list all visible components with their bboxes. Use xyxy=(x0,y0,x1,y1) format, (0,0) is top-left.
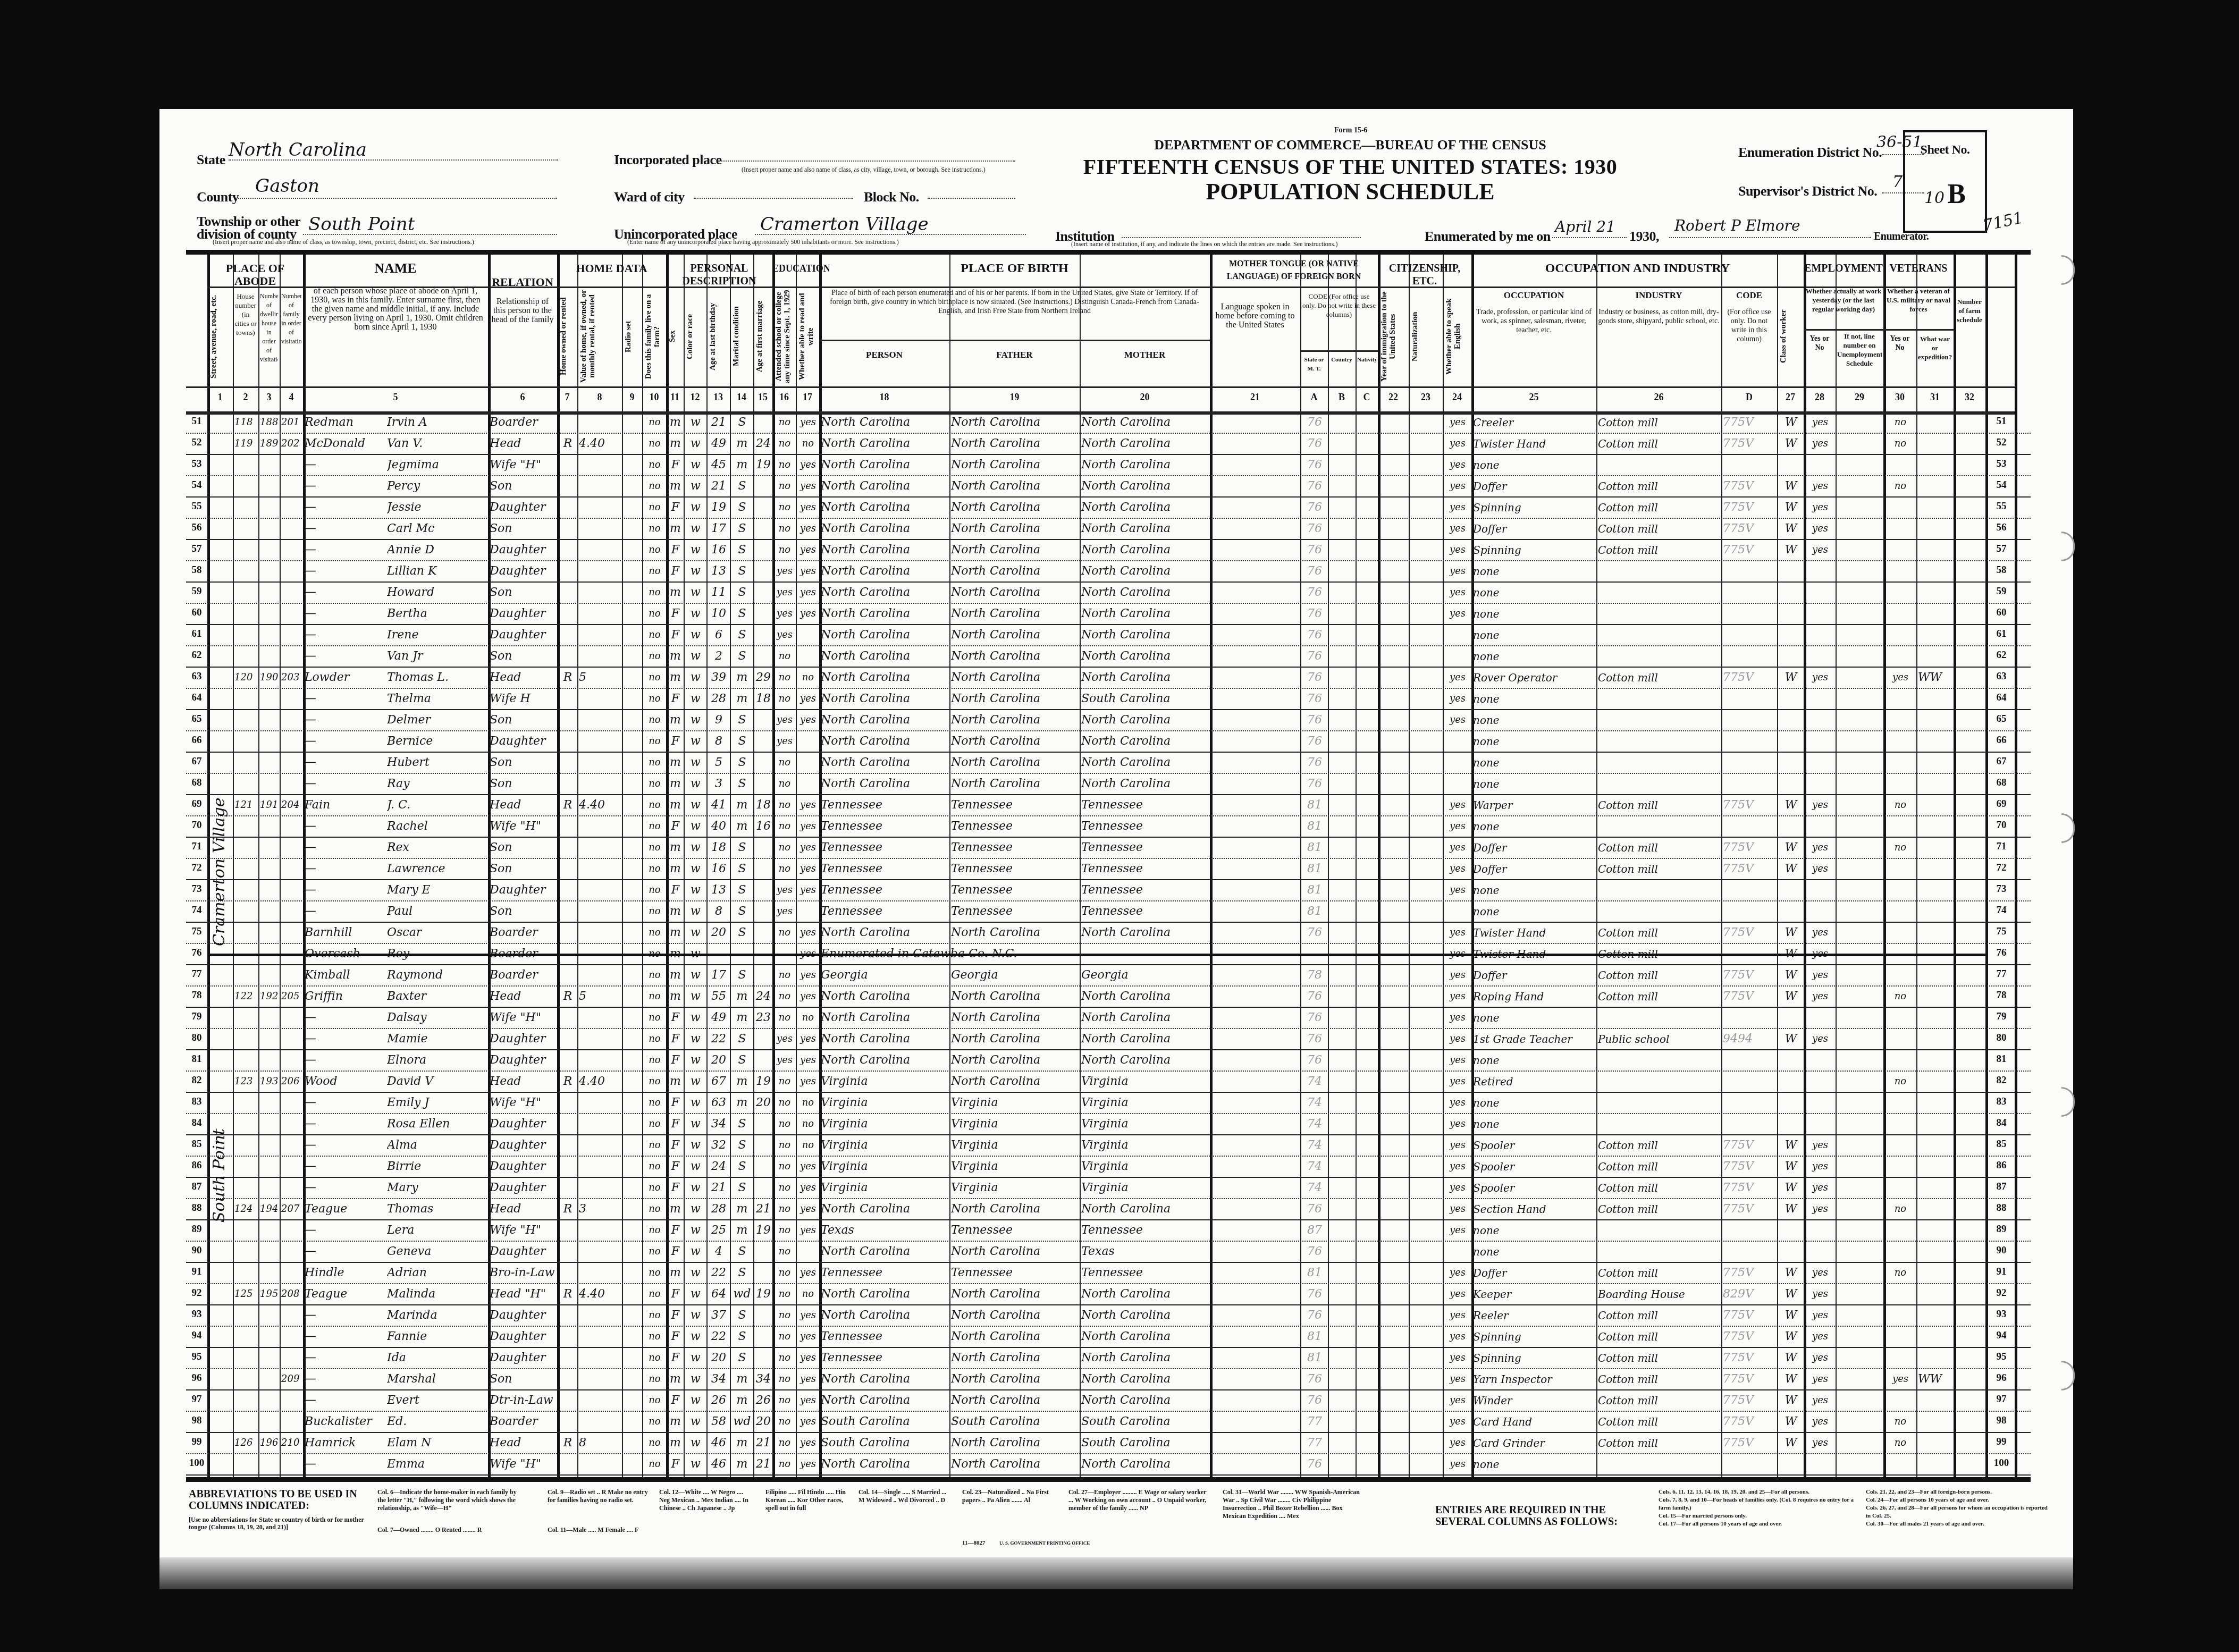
table-row[interactable]: 9595—IdaDaughternoFw20SnoyesTennesseeNor… xyxy=(186,1347,2031,1369)
cell-farm[interactable]: no xyxy=(644,647,666,665)
cell-birth[interactable]: North Carolina xyxy=(821,605,949,623)
cell-age[interactable]: 16 xyxy=(708,541,729,559)
cell-class[interactable]: W xyxy=(1779,796,1803,814)
cell-industry[interactable] xyxy=(1598,626,1721,644)
cell-surname[interactable]: — xyxy=(305,817,382,836)
cell-family[interactable] xyxy=(281,584,302,602)
cell-marital[interactable]: S xyxy=(731,1328,753,1346)
cell-farm[interactable]: no xyxy=(644,881,666,899)
cell-surname[interactable]: Kimball xyxy=(305,966,382,984)
table-row[interactable]: 5353—JegmimaWife "H"noFw45m19noyesNorth … xyxy=(186,454,2031,476)
cell-relation[interactable]: Son xyxy=(490,711,557,729)
cell-house[interactable] xyxy=(234,626,258,644)
cell-vet[interactable] xyxy=(1885,520,1916,538)
cell-at_work[interactable]: yes xyxy=(1805,1434,1835,1452)
cell-surname[interactable]: — xyxy=(305,1392,382,1410)
cell-surname[interactable]: Hamrick xyxy=(305,1434,382,1452)
cell-given[interactable]: Evert xyxy=(387,1392,486,1410)
cell-family[interactable]: 206 xyxy=(281,1073,302,1091)
cell-age[interactable]: 20 xyxy=(708,924,729,942)
cell-birth[interactable]: North Carolina xyxy=(821,456,949,474)
cell-school[interactable]: no xyxy=(774,1349,795,1367)
cell-dwelling[interactable] xyxy=(260,562,279,580)
cell-birth[interactable]: Tennessee xyxy=(821,1264,949,1282)
cell-birth[interactable]: North Carolina xyxy=(821,1051,949,1069)
cell-school[interactable]: yes xyxy=(774,881,795,899)
cell-given[interactable]: Ray xyxy=(387,775,486,793)
cell-age_marr[interactable] xyxy=(755,1307,772,1325)
cell-class[interactable] xyxy=(1779,754,1803,772)
cell-dwelling[interactable] xyxy=(260,966,279,984)
cell-vet[interactable] xyxy=(1885,584,1916,602)
cell-age_marr[interactable] xyxy=(755,520,772,538)
cell-birth[interactable]: Georgia xyxy=(821,966,949,984)
cell-class[interactable]: W xyxy=(1779,1200,1803,1218)
cell-at_work[interactable] xyxy=(1805,817,1835,836)
cell-father[interactable]: North Carolina xyxy=(951,1051,1079,1069)
cell-farm[interactable]: no xyxy=(644,1115,666,1133)
table-row[interactable]: 5959—HowardSonnomw11SyesyesNorth Carolin… xyxy=(186,581,2031,604)
cell-marital[interactable]: m xyxy=(731,817,753,836)
cell-dwelling[interactable] xyxy=(260,1158,279,1176)
cell-english[interactable] xyxy=(1444,647,1471,665)
cell-occupation[interactable]: Card Hand xyxy=(1473,1413,1596,1431)
cell-value[interactable]: 4.40 xyxy=(579,1073,621,1091)
cell-mother[interactable]: Tennessee xyxy=(1081,1264,1209,1282)
cell-relation[interactable]: Dtr-in-Law xyxy=(490,1392,557,1410)
cell-vet[interactable]: no xyxy=(1885,1264,1916,1282)
cell-occupation[interactable]: Spooler xyxy=(1473,1136,1596,1154)
cell-owned[interactable] xyxy=(559,414,577,432)
cell-occupation[interactable]: none xyxy=(1473,881,1596,899)
cell-relation[interactable]: Son xyxy=(490,860,557,878)
cell-occupation[interactable]: Spinning xyxy=(1473,541,1596,559)
cell-vet[interactable] xyxy=(1885,1221,1916,1240)
cell-vet[interactable]: no xyxy=(1885,477,1916,495)
cell-age_marr[interactable] xyxy=(755,1030,772,1048)
cell-war[interactable] xyxy=(1918,817,1953,836)
cell-marital[interactable]: m xyxy=(731,1094,753,1112)
cell-at_work[interactable]: yes xyxy=(1805,1264,1835,1282)
cell-vet[interactable] xyxy=(1885,626,1916,644)
cell-industry[interactable] xyxy=(1598,732,1721,751)
cell-class[interactable]: W xyxy=(1779,1328,1803,1346)
cell-farm[interactable]: no xyxy=(644,1328,666,1346)
cell-english[interactable]: yes xyxy=(1444,1264,1471,1282)
cell-owned[interactable] xyxy=(559,1328,577,1346)
cell-family[interactable] xyxy=(281,499,302,517)
cell-school[interactable]: no xyxy=(774,1179,795,1197)
cell-value[interactable] xyxy=(579,881,621,899)
cell-age[interactable]: 16 xyxy=(708,860,729,878)
cell-code_a[interactable]: 76 xyxy=(1302,690,1327,708)
cell-father[interactable]: North Carolina xyxy=(951,988,1079,1006)
cell-code_d[interactable] xyxy=(1723,881,1777,899)
state-value[interactable]: North Carolina xyxy=(229,139,367,161)
cell-occupation[interactable]: none xyxy=(1473,1094,1596,1112)
cell-mother[interactable]: North Carolina xyxy=(1081,732,1209,751)
cell-class[interactable]: W xyxy=(1779,1030,1803,1048)
cell-owned[interactable] xyxy=(559,881,577,899)
cell-family[interactable] xyxy=(281,817,302,836)
cell-value[interactable] xyxy=(579,456,621,474)
cell-war[interactable] xyxy=(1918,1179,1953,1197)
cell-class[interactable] xyxy=(1779,605,1803,623)
cell-occupation[interactable]: Keeper xyxy=(1473,1285,1596,1303)
cell-code_d[interactable]: 775V xyxy=(1723,988,1777,1006)
cell-relation[interactable]: Bro-in-Law xyxy=(490,1264,557,1282)
cell-occupation[interactable]: none xyxy=(1473,817,1596,836)
cell-owned[interactable] xyxy=(559,924,577,942)
cell-owned[interactable] xyxy=(559,1115,577,1133)
cell-relation[interactable]: Daughter xyxy=(490,1136,557,1154)
cell-marital[interactable]: m xyxy=(731,1434,753,1452)
cell-given[interactable]: Percy xyxy=(387,477,486,495)
cell-school[interactable]: no xyxy=(774,1370,795,1388)
table-row[interactable]: 7171—RexSonnomw18SnoyesTennesseeTennesse… xyxy=(186,837,2031,859)
cell-class[interactable]: W xyxy=(1779,839,1803,857)
cell-race[interactable]: w xyxy=(685,775,706,793)
cell-birth[interactable]: Texas xyxy=(821,1221,949,1240)
cell-house[interactable] xyxy=(234,1051,258,1069)
cell-war[interactable] xyxy=(1918,1200,1953,1218)
cell-family[interactable] xyxy=(281,541,302,559)
cell-father[interactable]: North Carolina xyxy=(951,1030,1079,1048)
cell-farm[interactable]: no xyxy=(644,711,666,729)
cell-surname[interactable]: — xyxy=(305,839,382,857)
cell-industry[interactable] xyxy=(1598,1243,1721,1261)
cell-given[interactable]: David V xyxy=(387,1073,486,1091)
cell-house[interactable] xyxy=(234,839,258,857)
cell-vet[interactable]: no xyxy=(1885,1200,1916,1218)
cell-marital[interactable]: S xyxy=(731,1349,753,1367)
cell-read[interactable]: yes xyxy=(797,1370,819,1388)
cell-industry[interactable] xyxy=(1598,1221,1721,1240)
cell-class[interactable] xyxy=(1779,817,1803,836)
cell-at_work[interactable] xyxy=(1805,562,1835,580)
cell-owned[interactable] xyxy=(559,1264,577,1282)
cell-class[interactable]: W xyxy=(1779,1285,1803,1303)
cell-english[interactable]: yes xyxy=(1444,1051,1471,1069)
cell-school[interactable]: no xyxy=(774,1009,795,1027)
cell-farm[interactable]: no xyxy=(644,1285,666,1303)
cell-age[interactable]: 58 xyxy=(708,1413,729,1431)
cell-class[interactable] xyxy=(1779,1243,1803,1261)
cell-birth[interactable]: North Carolina xyxy=(821,414,949,432)
cell-sex[interactable]: F xyxy=(668,605,683,623)
cell-age[interactable]: 10 xyxy=(708,605,729,623)
cell-father[interactable]: Tennessee xyxy=(951,839,1079,857)
cell-vet[interactable]: no xyxy=(1885,839,1916,857)
cell-race[interactable]: w xyxy=(685,626,706,644)
table-row[interactable]: 8484—Rosa EllenDaughternoFw34SnonoVirgin… xyxy=(186,1113,2031,1135)
cell-mother[interactable]: North Carolina xyxy=(1081,456,1209,474)
cell-code_a[interactable]: 76 xyxy=(1302,605,1327,623)
cell-father[interactable]: Tennessee xyxy=(951,796,1079,814)
cell-war[interactable] xyxy=(1918,775,1953,793)
cell-read[interactable] xyxy=(797,775,819,793)
cell-owned[interactable] xyxy=(559,499,577,517)
cell-relation[interactable]: Daughter xyxy=(490,562,557,580)
cell-marital[interactable]: S xyxy=(731,711,753,729)
cell-race[interactable]: w xyxy=(685,1349,706,1367)
cell-surname[interactable]: — xyxy=(305,1009,382,1027)
cell-birth[interactable]: North Carolina xyxy=(821,669,949,687)
cell-sex[interactable]: m xyxy=(668,477,683,495)
cell-marital[interactable]: S xyxy=(731,1030,753,1048)
cell-relation[interactable]: Daughter xyxy=(490,605,557,623)
cell-house[interactable] xyxy=(234,690,258,708)
cell-value[interactable] xyxy=(579,732,621,751)
cell-birth[interactable]: North Carolina xyxy=(821,541,949,559)
cell-value[interactable] xyxy=(579,1264,621,1282)
cell-value[interactable]: 5 xyxy=(579,669,621,687)
cell-class[interactable] xyxy=(1779,1009,1803,1027)
cell-given[interactable]: Emma xyxy=(387,1455,486,1473)
cell-industry[interactable]: Cotton mill xyxy=(1598,1179,1721,1197)
cell-read[interactable]: yes xyxy=(797,1264,819,1282)
cell-father[interactable]: North Carolina xyxy=(951,732,1079,751)
cell-school[interactable]: yes xyxy=(774,903,795,921)
cell-surname[interactable]: Teague xyxy=(305,1285,382,1303)
cell-birth[interactable]: North Carolina xyxy=(821,1200,949,1218)
cell-given[interactable]: Ida xyxy=(387,1349,486,1367)
cell-class[interactable]: W xyxy=(1779,1434,1803,1452)
cell-given[interactable]: Rosa Ellen xyxy=(387,1115,486,1133)
cell-owned[interactable] xyxy=(559,1307,577,1325)
cell-vet[interactable]: yes xyxy=(1885,669,1916,687)
cell-marital[interactable]: m xyxy=(731,796,753,814)
cell-age_marr[interactable] xyxy=(755,966,772,984)
cell-house[interactable] xyxy=(234,1094,258,1112)
cell-class[interactable]: W xyxy=(1779,477,1803,495)
cell-read[interactable] xyxy=(797,626,819,644)
table-row[interactable]: 9393—MarindaDaughternoFw37SnoyesNorth Ca… xyxy=(186,1304,2031,1327)
cell-read[interactable]: yes xyxy=(797,562,819,580)
cell-school[interactable]: no xyxy=(774,1285,795,1303)
cell-occupation[interactable]: Warper xyxy=(1473,796,1596,814)
cell-age[interactable]: 22 xyxy=(708,1264,729,1282)
cell-sex[interactable]: F xyxy=(668,1349,683,1367)
cell-given[interactable]: Lillian K xyxy=(387,562,486,580)
cell-age[interactable]: 64 xyxy=(708,1285,729,1303)
cell-value[interactable] xyxy=(579,562,621,580)
cell-dwelling[interactable] xyxy=(260,1264,279,1282)
cell-owned[interactable] xyxy=(559,1136,577,1154)
cell-farm[interactable]: no xyxy=(644,1392,666,1410)
cell-school[interactable]: no xyxy=(774,924,795,942)
cell-house[interactable] xyxy=(234,817,258,836)
cell-occupation[interactable]: none xyxy=(1473,1221,1596,1240)
cell-age[interactable]: 19 xyxy=(708,499,729,517)
cell-value[interactable]: 4.40 xyxy=(579,1285,621,1303)
cell-given[interactable]: Malinda xyxy=(387,1285,486,1303)
cell-race[interactable]: w xyxy=(685,1370,706,1388)
cell-marital[interactable]: m xyxy=(731,1200,753,1218)
cell-dwelling[interactable] xyxy=(260,860,279,878)
cell-class[interactable] xyxy=(1779,775,1803,793)
cell-read[interactable]: yes xyxy=(797,988,819,1006)
cell-value[interactable] xyxy=(579,1115,621,1133)
cell-war[interactable] xyxy=(1918,1073,1953,1091)
cell-given[interactable]: Marinda xyxy=(387,1307,486,1325)
cell-vet[interactable] xyxy=(1885,456,1916,474)
table-row[interactable]: 6666—BerniceDaughternoFw8SyesNorth Carol… xyxy=(186,730,2031,753)
cell-vet[interactable] xyxy=(1885,1455,1916,1473)
cell-birth[interactable]: Virginia xyxy=(821,1073,949,1091)
cell-industry[interactable]: Cotton mill xyxy=(1598,1158,1721,1176)
cell-at_work[interactable]: yes xyxy=(1805,1136,1835,1154)
cell-sex[interactable]: F xyxy=(668,499,683,517)
cell-english[interactable]: yes xyxy=(1444,1200,1471,1218)
cell-read[interactable]: yes xyxy=(797,1221,819,1240)
cell-sex[interactable]: F xyxy=(668,881,683,899)
unincorporated-value[interactable]: Cramerton Village xyxy=(760,214,929,235)
cell-house[interactable] xyxy=(234,732,258,751)
cell-school[interactable]: no xyxy=(774,1243,795,1261)
cell-code_d[interactable] xyxy=(1723,1221,1777,1240)
cell-relation[interactable]: Daughter xyxy=(490,881,557,899)
cell-owned[interactable] xyxy=(559,562,577,580)
cell-school[interactable]: no xyxy=(774,541,795,559)
cell-read[interactable]: no xyxy=(797,1009,819,1027)
cell-owned[interactable]: R xyxy=(559,1073,577,1091)
cell-given[interactable]: Howard xyxy=(387,584,486,602)
cell-relation[interactable]: Son xyxy=(490,647,557,665)
cell-class[interactable] xyxy=(1779,1051,1803,1069)
table-row[interactable]: 6464—ThelmaWife HnoFw28m18noyesNorth Car… xyxy=(186,688,2031,710)
cell-age[interactable]: 34 xyxy=(708,1370,729,1388)
cell-marital[interactable]: S xyxy=(731,1264,753,1282)
cell-relation[interactable]: Son xyxy=(490,477,557,495)
cell-birth[interactable]: Tennessee xyxy=(821,881,949,899)
cell-marital[interactable]: wd xyxy=(731,1285,753,1303)
cell-vet[interactable]: no xyxy=(1885,414,1916,432)
cell-industry[interactable] xyxy=(1598,903,1721,921)
cell-sex[interactable]: m xyxy=(668,584,683,602)
cell-surname[interactable]: Barnhill xyxy=(305,924,382,942)
table-row[interactable]: 6969121191204FainJ. C.HeadR4.40nomw41m18… xyxy=(186,794,2031,816)
cell-industry[interactable]: Cotton mill xyxy=(1598,1307,1721,1325)
cell-industry[interactable]: Boarding House xyxy=(1598,1285,1721,1303)
cell-code_d[interactable] xyxy=(1723,732,1777,751)
cell-occupation[interactable]: Roping Hand xyxy=(1473,988,1596,1006)
cell-class[interactable] xyxy=(1779,562,1803,580)
cell-relation[interactable]: Son xyxy=(490,839,557,857)
cell-marital[interactable]: S xyxy=(731,477,753,495)
cell-birth[interactable]: Tennessee xyxy=(821,796,949,814)
cell-marital[interactable]: S xyxy=(731,860,753,878)
cell-family[interactable] xyxy=(281,647,302,665)
cell-age_marr[interactable] xyxy=(755,1051,772,1069)
cell-code_d[interactable]: 775V xyxy=(1723,541,1777,559)
cell-dwelling[interactable] xyxy=(260,477,279,495)
cell-class[interactable] xyxy=(1779,1221,1803,1240)
cell-owned[interactable] xyxy=(559,1158,577,1176)
cell-at_work[interactable] xyxy=(1805,1221,1835,1240)
cell-mother[interactable]: Tennessee xyxy=(1081,903,1209,921)
cell-marital[interactable]: m xyxy=(731,1392,753,1410)
cell-relation[interactable]: Son xyxy=(490,520,557,538)
cell-age[interactable]: 63 xyxy=(708,1094,729,1112)
cell-marital[interactable]: m xyxy=(731,690,753,708)
cell-at_work[interactable] xyxy=(1805,1115,1835,1133)
cell-at_work[interactable] xyxy=(1805,626,1835,644)
cell-dwelling[interactable] xyxy=(260,626,279,644)
cell-dwelling[interactable] xyxy=(260,881,279,899)
cell-at_work[interactable]: yes xyxy=(1805,435,1835,453)
cell-code_d[interactable] xyxy=(1723,1009,1777,1027)
cell-war[interactable] xyxy=(1918,1051,1953,1069)
cell-race[interactable]: w xyxy=(685,562,706,580)
table-row[interactable]: 5151118188201RedmanIrvin ABoardernomw21S… xyxy=(186,411,2031,434)
cell-industry[interactable]: Cotton mill xyxy=(1598,988,1721,1006)
cell-marital[interactable]: S xyxy=(731,499,753,517)
cell-age_marr[interactable] xyxy=(755,605,772,623)
cell-house[interactable]: 122 xyxy=(234,988,258,1006)
cell-relation[interactable]: Head "H" xyxy=(490,1285,557,1303)
cell-race[interactable]: w xyxy=(685,1115,706,1133)
cell-mother[interactable]: North Carolina xyxy=(1081,499,1209,517)
cell-value[interactable] xyxy=(579,1392,621,1410)
cell-code_d[interactable]: 775V xyxy=(1723,499,1777,517)
cell-english[interactable]: yes xyxy=(1444,1115,1471,1133)
cell-house[interactable]: 120 xyxy=(234,669,258,687)
cell-race[interactable]: w xyxy=(685,711,706,729)
cell-mother[interactable]: North Carolina xyxy=(1081,1392,1209,1410)
cell-house[interactable] xyxy=(234,881,258,899)
cell-marital[interactable]: S xyxy=(731,541,753,559)
cell-marital[interactable]: S xyxy=(731,1243,753,1261)
cell-sex[interactable]: F xyxy=(668,1243,683,1261)
cell-war[interactable] xyxy=(1918,1009,1953,1027)
cell-house[interactable] xyxy=(234,754,258,772)
cell-birth[interactable]: Virginia xyxy=(821,1136,949,1154)
cell-industry[interactable] xyxy=(1598,881,1721,899)
cell-dwelling[interactable] xyxy=(260,1328,279,1346)
cell-war[interactable] xyxy=(1918,754,1953,772)
cell-class[interactable]: W xyxy=(1779,541,1803,559)
cell-english[interactable]: yes xyxy=(1444,1285,1471,1303)
cell-relation[interactable]: Daughter xyxy=(490,732,557,751)
cell-family[interactable]: 204 xyxy=(281,796,302,814)
cell-vet[interactable] xyxy=(1885,732,1916,751)
cell-at_work[interactable]: yes xyxy=(1805,796,1835,814)
cell-code_d[interactable]: 775V xyxy=(1723,1158,1777,1176)
cell-class[interactable]: W xyxy=(1779,1392,1803,1410)
cell-read[interactable]: yes xyxy=(797,711,819,729)
cell-industry[interactable]: Cotton mill xyxy=(1598,1264,1721,1282)
cell-father[interactable]: Georgia xyxy=(951,966,1079,984)
cell-industry[interactable] xyxy=(1598,1073,1721,1091)
cell-given[interactable]: J. C. xyxy=(387,796,486,814)
cell-father[interactable]: North Carolina xyxy=(951,1370,1079,1388)
cell-industry[interactable] xyxy=(1598,1051,1721,1069)
cell-dwelling[interactable] xyxy=(260,605,279,623)
cell-house[interactable] xyxy=(234,1370,258,1388)
cell-at_work[interactable]: yes xyxy=(1805,1158,1835,1176)
cell-occupation[interactable]: none xyxy=(1473,562,1596,580)
table-row[interactable]: 8888124194207TeagueThomasHeadR3nomw28m21… xyxy=(186,1198,2031,1220)
cell-age_marr[interactable] xyxy=(755,775,772,793)
cell-mother[interactable]: Virginia xyxy=(1081,1094,1209,1112)
cell-industry[interactable]: Cotton mill xyxy=(1598,1328,1721,1346)
cell-relation[interactable]: Head xyxy=(490,988,557,1006)
cell-industry[interactable]: Cotton mill xyxy=(1598,1370,1721,1388)
cell-father[interactable]: Tennessee xyxy=(951,881,1079,899)
cell-birth[interactable]: Tennessee xyxy=(821,1349,949,1367)
cell-read[interactable]: yes xyxy=(797,499,819,517)
